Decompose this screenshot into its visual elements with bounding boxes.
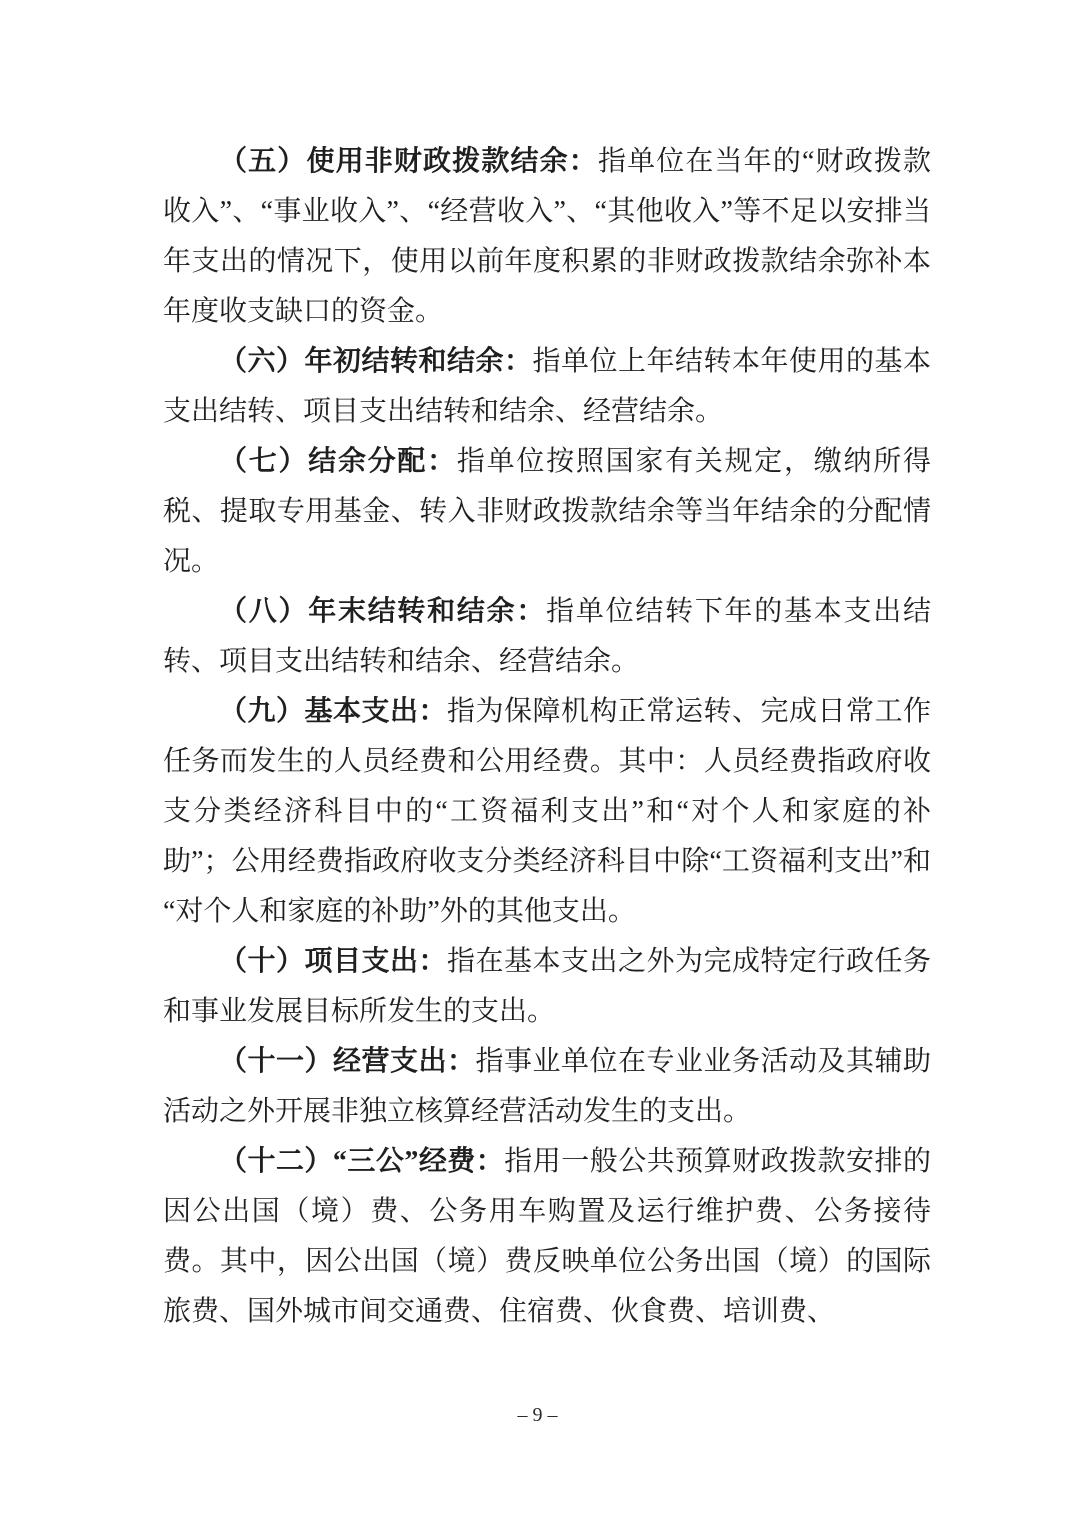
paragraph-item-8: （八）年末结转和结余：指单位结转下年的基本支出结转、项目支出结转和结余、经营结余… (163, 587, 931, 687)
term-label: （八）年末结转和结余： (219, 596, 546, 627)
term-label: （十）项目支出： (219, 946, 447, 977)
document-body: （五）使用非财政拨款结余：指单位在当年的“财政拨款收入”、“事业收入”、“经营收… (163, 137, 931, 1337)
term-label: （十一）经营支出： (219, 1046, 476, 1077)
term-label: （十二）“三公”经费： (219, 1146, 504, 1177)
term-label: （九）基本支出： (219, 696, 447, 727)
term-label: （五）使用非财政拨款结余： (219, 146, 598, 177)
paragraph-item-10: （十）项目支出：指在基本支出之外为完成特定行政任务和事业发展目标所发生的支出。 (163, 937, 931, 1037)
term-label: （六）年初结转和结余： (219, 346, 533, 377)
paragraph-item-9: （九）基本支出：指为保障机构正常运转、完成日常工作任务而发生的人员经费和公用经费… (163, 687, 931, 937)
paragraph-text: 指为保障机构正常运转、完成日常工作任务而发生的人员经费和公用经费。其中：人员经费… (163, 696, 931, 927)
paragraph-item-11: （十一）经营支出：指事业单位在专业业务活动及其辅助活动之外开展非独立核算经营活动… (163, 1037, 931, 1137)
term-label: （七）结余分配： (219, 446, 457, 477)
paragraph-item-5: （五）使用非财政拨款结余：指单位在当年的“财政拨款收入”、“事业收入”、“经营收… (163, 137, 931, 337)
paragraph-item-7: （七）结余分配：指单位按照国家有关规定，缴纳所得税、提取专用基金、转入非财政拨款… (163, 437, 931, 587)
document-page: （五）使用非财政拨款结余：指单位在当年的“财政拨款收入”、“事业收入”、“经营收… (0, 0, 1075, 1520)
page-number: – 9 – (518, 1404, 558, 1426)
paragraph-item-12: （十二）“三公”经费：指用一般公共预算财政拨款安排的因公出国（境）费、公务用车购… (163, 1137, 931, 1337)
page-footer: – 9 – (0, 1400, 1075, 1430)
paragraph-item-6: （六）年初结转和结余：指单位上年结转本年使用的基本支出结转、项目支出结转和结余、… (163, 337, 931, 437)
